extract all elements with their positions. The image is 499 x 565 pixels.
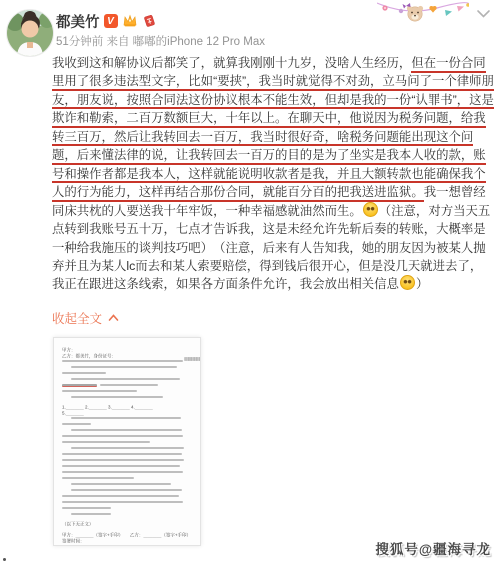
post-text-line-10: 点转到我账号五十万，七点才告诉我，这是未经允许先斩后奏的转账，大概率是: [52, 220, 492, 238]
post-text-line-8: 人的行为能力，这样再结合那份合同，就能百分百的把我送进监狱。我一想曾经: [52, 183, 492, 201]
avatar-photo: [7, 10, 53, 56]
smiley-emoji: [400, 275, 415, 290]
plain-text: ）: [416, 277, 428, 291]
red-underlined-text: 欺诈和勒索，二百万数额巨大，十年以上。在聊天中，他说因为税务问题，给我: [52, 111, 486, 128]
red-underlined-text: 里用了很多违法型文字，比如“要挟”，我当时就觉得不对劲，立马问了一个律师朋: [52, 74, 494, 91]
doc-line-segment: [62, 495, 179, 497]
post-text-line-2: 里用了很多违法型文字，比如“要挟”，我当时就觉得不对劲，立马问了一个律师朋: [52, 72, 492, 90]
doc-line-segment: [62, 477, 134, 479]
plain-text: 一种给我施压的谈判技巧吧） （注意，后来有人告知我，她的朋友因为被某人抛: [52, 241, 486, 255]
collapse-full-text-link[interactable]: 收起全文: [52, 309, 119, 327]
doc-line-segment: [71, 396, 163, 398]
doc-line-segment: [71, 378, 180, 380]
post-text-line-3: 友，朋友说，按照合同法这份协议根本不能生效，但却是我的一份“认罪书”，这是: [52, 91, 492, 109]
red-underlined-text: 但在一份合同: [411, 56, 485, 73]
doc-line-segment: [62, 423, 91, 425]
post-text-line-5: 转三百万，然后让我转回去一百万，我当时很好奇，啥税务问题能出现这个问: [52, 128, 492, 146]
corner-dot: [3, 558, 6, 561]
doc-line-segment: [62, 435, 183, 437]
red-underlined-text: 友，朋友说，按照合同法这份协议根本不能生效，但却是我的一份“认罪书”，这是: [52, 93, 494, 110]
doc-red-marked-segment: [62, 384, 97, 387]
doc-text-line: 乙方：都美竹，身份证号：: [62, 351, 192, 357]
doc-line-segment: [71, 429, 182, 431]
doc-line-segment: [62, 501, 183, 503]
post-text-line-12: 弃并且为某人lc而去和某人索要赔偿，得到钱后很开心，但是没几天就进去了，: [52, 257, 492, 275]
red-underlined-text: 人的行为能力，这样再结合那份合同，就能百分百的把我送进监狱。: [52, 185, 424, 202]
card-skin-decoration: [377, 0, 469, 32]
red-underlined-text: 题，后来懂法律的说，让我转回去一百万的目的是为了坐实是我本人收的款，账: [52, 148, 486, 165]
doc-line-segment: [62, 459, 184, 461]
vip-crown-icon[interactable]: [122, 14, 138, 28]
plain-text: 我一想曾经: [424, 185, 486, 199]
red-card-icon[interactable]: [142, 14, 157, 28]
attached-document-image[interactable]: 甲方：乙方：都美竹，身份证号：1.＿＿＿＿ 2.＿＿＿＿ 3.＿＿＿＿ 4.＿＿…: [53, 337, 201, 546]
doc-line-segment: [62, 360, 183, 362]
doc-line-segment: [62, 441, 150, 443]
doc-line-segment: [71, 489, 182, 491]
doc-line-segment: [71, 483, 171, 485]
plain-text: 我收到这和解协议后都笑了，就算我刚刚十九岁，没啥人生经历，: [52, 56, 411, 70]
post-text-line-1: 我收到这和解协议后都笑了，就算我刚刚十九岁，没啥人生经历，但在一份合同: [52, 54, 492, 72]
post-menu-chevron-icon[interactable]: [476, 6, 491, 24]
redaction-mosaic: [184, 357, 201, 361]
post-text: 我收到这和解协议后都笑了，就算我刚刚十九岁，没啥人生经历，但在一份合同里用了很多…: [52, 54, 492, 294]
doc-line-segment: [62, 507, 111, 509]
doc-line-segment: [62, 453, 182, 455]
post-text-line-4: 欺诈和勒索，二百万数额巨大，十年以上。在聊天中，他说因为税务问题，给我: [52, 109, 492, 127]
red-underlined-text: 号和操作者都是我本人，这样就能说明收款者是我，并且大额转款也能确保我个: [52, 167, 486, 184]
plain-text: 弃并且为某人lc而去和某人索要赔偿，得到钱后很开心，但是没几天就进去了，: [52, 259, 482, 273]
doc-line-segment: [100, 384, 157, 386]
doc-line-segment: [71, 417, 181, 419]
username[interactable]: 都美竹: [56, 11, 100, 32]
post-text-line-9: 同床共枕的人要送我十年牢饭，一种幸福感就油然而生。（注意，对方当天五: [52, 202, 492, 220]
smiley-emoji: [363, 202, 378, 217]
verified-v-icon[interactable]: V: [104, 14, 118, 28]
chevron-up-icon: [108, 314, 119, 322]
doc-line-segment: [71, 513, 111, 515]
doc-line-segment: [62, 390, 137, 392]
collapse-label: 收起全文: [52, 309, 102, 327]
post-text-line-6: 题，后来懂法律的说，让我转回去一百万的目的是为了坐实是我本人收的款，账: [52, 146, 492, 164]
plain-text: 点转到我账号五十万，七点才告诉我，这是未经允许先斩后奏的转账，大概率是: [52, 222, 486, 236]
post-text-line-7: 号和操作者都是我本人，这样就能说明收款者是我，并且大额转款也能确保我个: [52, 165, 492, 183]
avatar[interactable]: [6, 9, 54, 57]
watermark: 搜狐号@疆海寻龙: [375, 538, 491, 558]
user-header: 都美竹 V: [56, 12, 157, 30]
weibo-post: 都美竹 V: [0, 0, 499, 565]
doc-text-line: 1.＿＿＿＿ 2.＿＿＿＿ 3.＿＿＿＿ 4.＿＿＿＿: [62, 402, 192, 408]
doc-line-segment: [62, 471, 183, 473]
timestamp: 51分钟前 来自 嘟嘟的iPhone 12 Pro Max: [56, 33, 265, 49]
plain-text: 我正在跟进这条线索，如果各方面条件允许，我会放出相关信息: [52, 277, 399, 291]
doc-line-segment: [71, 447, 183, 449]
garland-decoration-icon: [377, 0, 469, 27]
post-text-line-13: 我正在跟进这条线索，如果各方面条件允许，我会放出相关信息）: [52, 275, 492, 293]
doc-line-segment: [62, 372, 106, 374]
post-text-line-11: 一种给我施压的谈判技巧吧） （注意，后来有人告知我，她的朋友因为被某人抛: [52, 239, 492, 257]
doc-line-segment: [71, 366, 177, 368]
doc-text-line: 甲方：＿＿＿＿（签字+手印） 乙方：＿＿＿＿（签字+手印）: [62, 530, 192, 536]
plain-text: 同床共枕的人要送我十年牢饭，一种幸福感就油然而生。: [52, 204, 362, 218]
plain-text: （注意，对方当天五: [379, 204, 491, 218]
doc-line-segment: [62, 465, 180, 467]
red-underlined-text: 转三百万，然后让我转回去一百万，我当时很好奇，啥税务问题能出现这个问: [52, 130, 473, 147]
